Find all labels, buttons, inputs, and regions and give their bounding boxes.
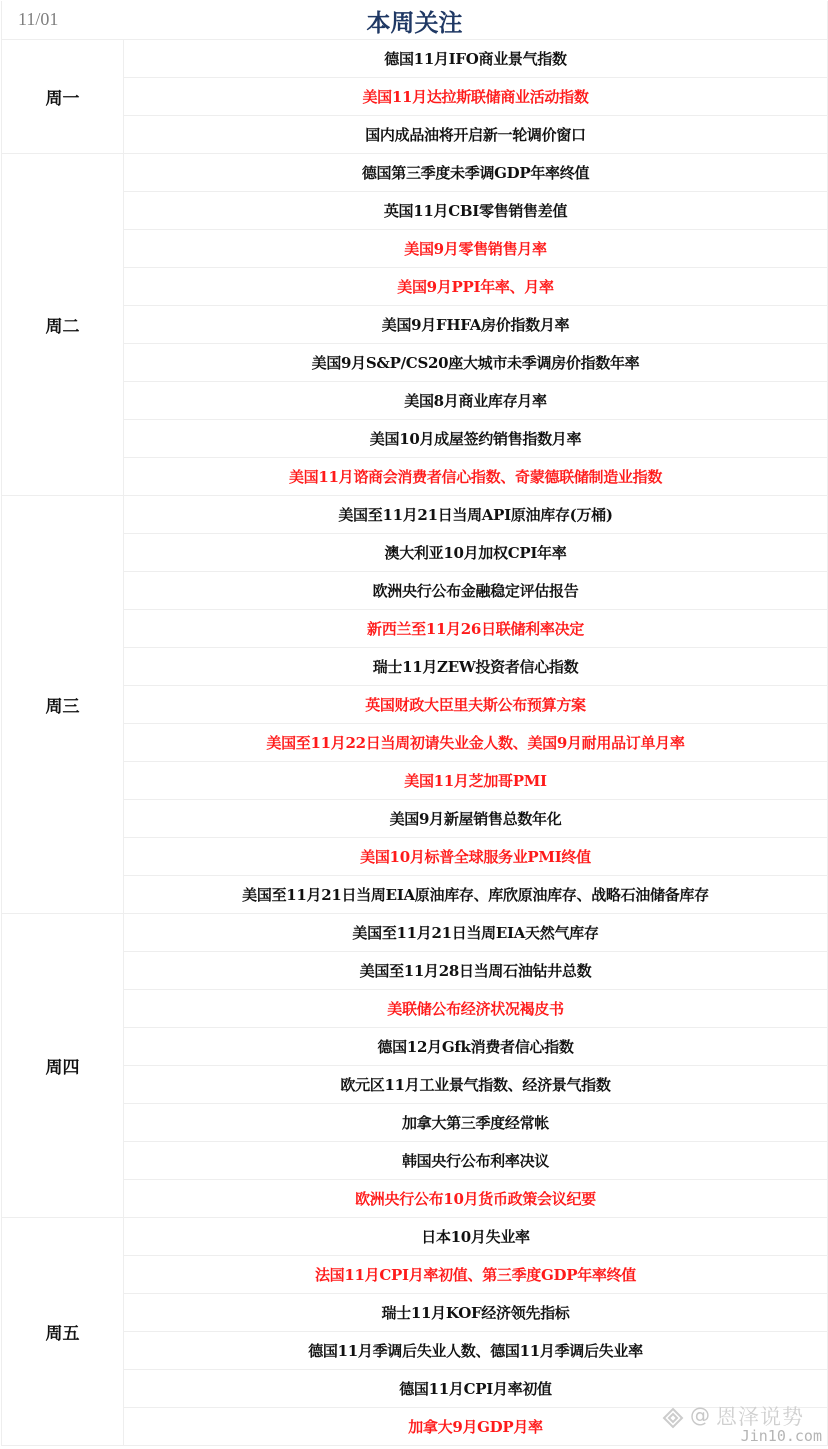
event-row: 美国8月商业库存月率 (124, 382, 827, 420)
event-row: 美国9月新屋销售总数年化 (124, 800, 827, 838)
event-row-highlighted: 美国11月芝加哥PMI (124, 762, 827, 800)
day-groups: 周一德国11月IFO商业景气指数美国11月达拉斯联储商业活动指数国内成品油将开启… (2, 40, 827, 1445)
event-row-highlighted: 欧洲央行公布10月货币政策会议纪要 (124, 1180, 827, 1217)
event-row-highlighted: 新西兰至11月26日联储利率决定 (124, 610, 827, 648)
event-row: 英国11月CBI零售销售差值 (124, 192, 827, 230)
event-row-highlighted: 法国11月CPI月率初值、第三季度GDP年率终值 (124, 1256, 827, 1294)
page-title: 本周关注 (2, 3, 827, 38)
event-row: 美国至11月21日当周EIA天然气库存 (124, 914, 827, 952)
event-row-highlighted: 美国9月零售销售月率 (124, 230, 827, 268)
event-row: 瑞士11月KOF经济领先指标 (124, 1294, 827, 1332)
event-list: 德国11月IFO商业景气指数美国11月达拉斯联储商业活动指数国内成品油将开启新一… (124, 40, 827, 153)
event-list: 德国第三季度未季调GDP年率终值英国11月CBI零售销售差值美国9月零售销售月率… (124, 154, 827, 495)
event-row: 美国9月S&P/CS20座大城市未季调房价指数年率 (124, 344, 827, 382)
event-row-highlighted: 美联储公布经济状况褐皮书 (124, 990, 827, 1028)
event-row: 美国至11月21日当周API原油库存(万桶) (124, 496, 827, 534)
event-row: 欧元区11月工业景气指数、经济景气指数 (124, 1066, 827, 1104)
event-row-highlighted: 加拿大9月GDP月率 (124, 1408, 827, 1445)
day-group: 周四美国至11月21日当周EIA天然气库存美国至11月28日当周石油钻井总数美联… (2, 914, 827, 1218)
event-row: 美国9月FHFA房价指数月率 (124, 306, 827, 344)
event-row: 德国第三季度未季调GDP年率终值 (124, 154, 827, 192)
event-row-highlighted: 美国11月达拉斯联储商业活动指数 (124, 78, 827, 116)
event-row: 澳大利亚10月加权CPI年率 (124, 534, 827, 572)
event-row: 日本10月失业率 (124, 1218, 827, 1256)
event-row: 德国11月IFO商业景气指数 (124, 40, 827, 78)
event-row: 瑞士11月ZEW投资者信心指数 (124, 648, 827, 686)
day-group: 周一德国11月IFO商业景气指数美国11月达拉斯联储商业活动指数国内成品油将开启… (2, 40, 827, 154)
event-row: 德国11月CPI月率初值 (124, 1370, 827, 1408)
event-row-highlighted: 英国财政大臣里夫斯公布预算方案 (124, 686, 827, 724)
event-row: 美国至11月28日当周石油钻井总数 (124, 952, 827, 990)
event-list: 日本10月失业率法国11月CPI月率初值、第三季度GDP年率终值瑞士11月KOF… (124, 1218, 827, 1445)
event-list: 美国至11月21日当周EIA天然气库存美国至11月28日当周石油钻井总数美联储公… (124, 914, 827, 1217)
event-row: 德国11月季调后失业人数、德国11月季调后失业率 (124, 1332, 827, 1370)
event-row: 美国10月成屋签约销售指数月率 (124, 420, 827, 458)
event-row-highlighted: 美国至11月22日当周初请失业金人数、美国9月耐用品订单月率 (124, 724, 827, 762)
event-row: 美国至11月21日当周EIA原油库存、库欣原油库存、战略石油储备库存 (124, 876, 827, 913)
day-group: 周二德国第三季度未季调GDP年率终值英国11月CBI零售销售差值美国9月零售销售… (2, 154, 827, 496)
event-list: 美国至11月21日当周API原油库存(万桶)澳大利亚10月加权CPI年率欧洲央行… (124, 496, 827, 913)
day-label: 周三 (2, 496, 124, 913)
event-row: 韩国央行公布利率决议 (124, 1142, 827, 1180)
day-label: 周四 (2, 914, 124, 1217)
table-header: 11/01 本周关注 (2, 1, 827, 40)
day-group: 周五日本10月失业率法国11月CPI月率初值、第三季度GDP年率终值瑞士11月K… (2, 1218, 827, 1445)
day-label: 周二 (2, 154, 124, 495)
event-row: 国内成品油将开启新一轮调价窗口 (124, 116, 827, 153)
event-row: 加拿大第三季度经常帐 (124, 1104, 827, 1142)
day-label: 周五 (2, 1218, 124, 1445)
day-group: 周三美国至11月21日当周API原油库存(万桶)澳大利亚10月加权CPI年率欧洲… (2, 496, 827, 914)
event-row-highlighted: 美国10月标普全球服务业PMI终值 (124, 838, 827, 876)
weekly-calendar-table: 11/01 本周关注 周一德国11月IFO商业景气指数美国11月达拉斯联储商业活… (1, 1, 828, 1446)
event-row-highlighted: 美国9月PPI年率、月率 (124, 268, 827, 306)
event-row: 欧洲央行公布金融稳定评估报告 (124, 572, 827, 610)
event-row: 德国12月Gfk消费者信心指数 (124, 1028, 827, 1066)
event-row-highlighted: 美国11月谘商会消费者信心指数、奇蒙德联储制造业指数 (124, 458, 827, 495)
day-label: 周一 (2, 40, 124, 153)
